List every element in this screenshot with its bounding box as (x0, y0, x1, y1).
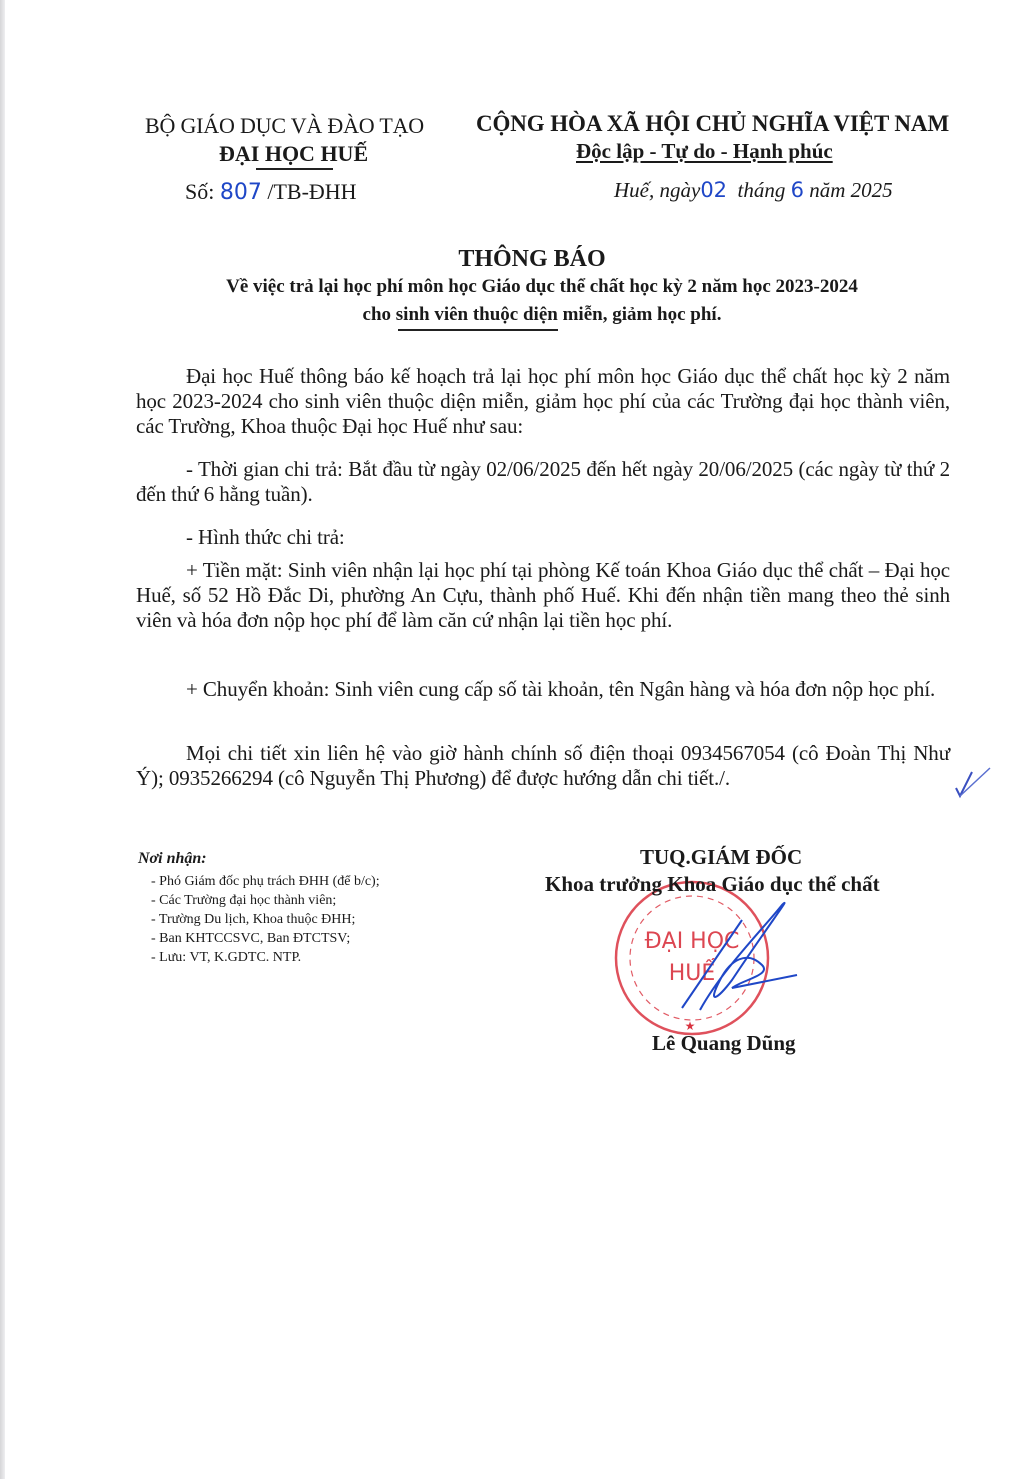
university-name: ĐẠI HỌC HUẾ (219, 141, 368, 167)
body-intro: Đại học Huế thông báo kế hoạch trả lại h… (136, 364, 950, 439)
signature-title: TUQ.GIÁM ĐỐC (640, 845, 802, 870)
handwritten-checkmark-icon (950, 760, 1000, 800)
body-payment-time: - Thời gian chi trả: Bắt đầu từ ngày 02/… (136, 457, 950, 507)
body-cash-method: + Tiền mặt: Sinh viên nhận lại học phí t… (136, 558, 950, 633)
recipients-title: Nơi nhận: (138, 850, 207, 868)
date-day: 02 (700, 178, 727, 202)
recipient-item: - Các Trường đại học thành viên; (151, 891, 380, 910)
official-stamp-icon: ĐẠI HỌC HUẾ ★ (612, 880, 802, 1040)
signatory-name: Lê Quang Dũng (652, 1031, 796, 1056)
signatory-position: Khoa trưởng Khoa Giáo dục thể chất (545, 872, 880, 897)
recipients-list: - Phó Giám đốc phụ trách ĐHH (để b/c); -… (151, 872, 380, 967)
doc-number-suffix: /TB-ĐHH (267, 179, 356, 204)
national-motto: Độc lập - Tự do - Hạnh phúc (576, 139, 833, 164)
date-year: năm 2025 (809, 178, 892, 202)
document-date: Huế, ngày02 tháng 6 năm 2025 (614, 178, 893, 203)
document-subject-line1: Về việc trả lại học phí môn học Giáo dục… (30, 276, 1024, 298)
ministry-name: BỘ GIÁO DỤC VÀ ĐÀO TẠO (145, 113, 424, 139)
body-contact-info: Mọi chi tiết xin liên hệ vào giờ hành ch… (136, 741, 950, 791)
svg-text:HUẾ: HUẾ (669, 958, 717, 986)
recipient-item: - Ban KHTCCSVC, Ban ĐTCTSV; (151, 929, 380, 948)
date-place: Huế, ngày (614, 178, 700, 202)
recipient-item: - Lưu: VT, K.GDTC. NTP. (151, 948, 380, 967)
recipient-item: - Phó Giám đốc phụ trách ĐHH (để b/c); (151, 872, 380, 891)
date-month: 6 (791, 178, 804, 202)
subject-underline (398, 329, 558, 331)
page-edge-shadow (0, 0, 5, 1479)
document-subject-line2: cho sinh viên thuộc diện miễn, giảm học … (30, 304, 1024, 326)
body-transfer-method: + Chuyển khoản: Sinh viên cung cấp số tà… (136, 677, 950, 702)
document-number: Số: 807 /TB-ĐHH (185, 179, 357, 205)
date-month-label: tháng (738, 178, 786, 202)
svg-text:ĐẠI HỌC: ĐẠI HỌC (645, 929, 740, 954)
recipient-item: - Trường Du lịch, Khoa thuộc ĐHH; (151, 910, 380, 929)
doc-number-prefix: Số: (185, 179, 214, 204)
document-heading: THÔNG BÁO (20, 246, 1024, 273)
doc-number-handwritten: 807 (220, 180, 262, 205)
university-underline (256, 168, 333, 170)
country-name: CỘNG HÒA XÃ HỘI CHỦ NGHĨA VIỆT NAM (476, 111, 949, 137)
body-payment-method-label: - Hình thức chi trả: (136, 525, 950, 550)
